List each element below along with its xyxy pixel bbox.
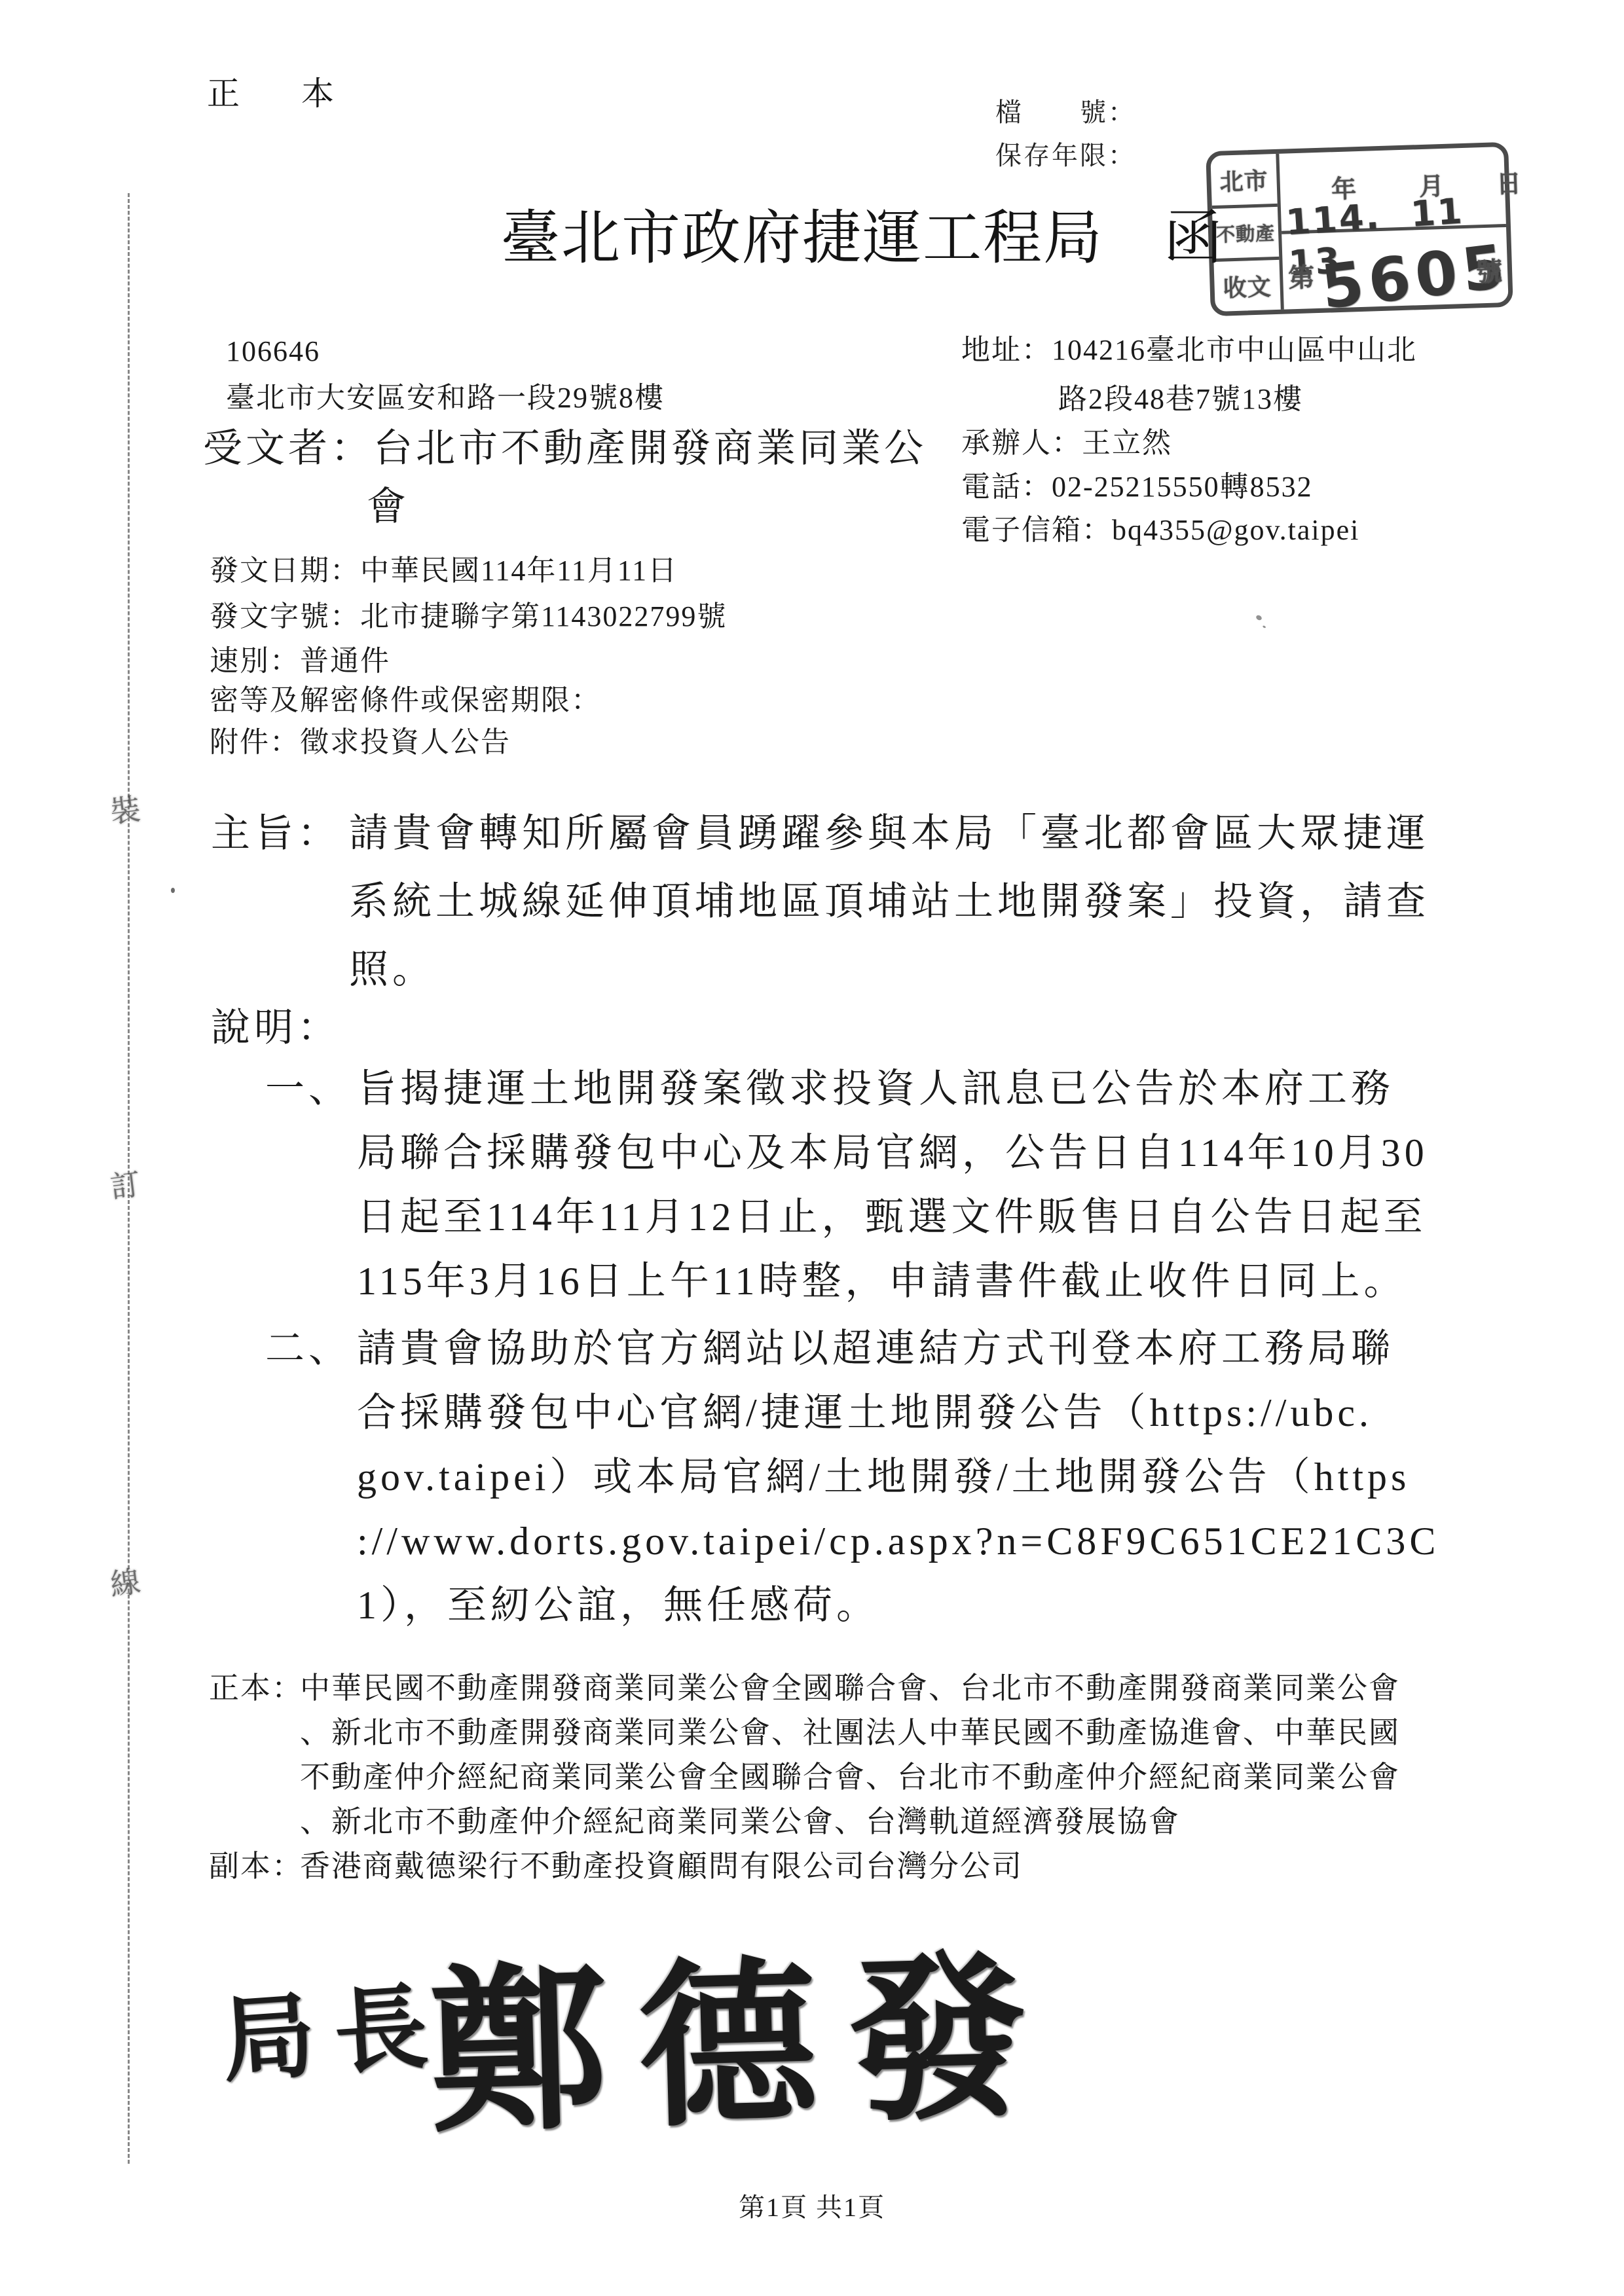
stamp-number-row: 第 5605 號 [1282, 227, 1508, 310]
recipient-line-continuation: 會 [367, 487, 409, 526]
copy-type-label: 正 本 [207, 77, 348, 110]
subject-line: 照。 [349, 950, 435, 989]
explanation-item2-number: 二、 [265, 1329, 352, 1368]
retention-period-label: 保存年限： [995, 143, 1136, 169]
stamp-org-line1: 北市 [1210, 154, 1277, 206]
document-title: 臺北市政府捷運工程局 函 [501, 210, 1224, 268]
contact-email: 電子信箱：bq4355@gov.taipei [961, 516, 1359, 545]
page-number: 第1頁 共1頁 [0, 2195, 1624, 2221]
binding-mark-xian: 線 [107, 1558, 143, 1604]
official-letter-page: 裝 訂 線 正 本 檔 號： 保存年限： 北市 不動產 收文 年 月 日 114… [0, 0, 1624, 2296]
contact-phone: 電話：02-25215550轉8532 [961, 473, 1313, 501]
signature-title: 局長 [217, 1951, 451, 2100]
contact-officer: 承辦人：王立然 [961, 429, 1172, 458]
distribution-main-line: 中華民國不動產開發商業同業公會全國聯合會、台北市不動產開發商業同業公會 [300, 1673, 1400, 1704]
explanation-item1-line: 115年3月16日上午11時整，申請書件截止收件日同上。 [357, 1262, 1407, 1301]
recipient-address: 臺北市大安區安和路一段29號8樓 [226, 384, 665, 412]
distribution-main-line: 不動產仲介經紀商業同業公會全國聯合會、台北市不動產仲介經紀商業同業公會 [300, 1762, 1400, 1793]
issue-date: 發文日期：中華民國114年11月11日 [210, 556, 678, 585]
subject-line: 請貴會轉知所屬會員踴躍參與本局「臺北都會區大眾捷運 [349, 814, 1430, 853]
receipt-stamp-frame: 北市 不動產 收文 年 月 日 114. 11 13 第 5605 號 [1206, 142, 1513, 316]
explanation-item2-line: gov.taipei）或本局官網/土地開發/土地開發公告（https [357, 1457, 1410, 1497]
attachment-note: 附件：徵求投資人公告 [210, 728, 511, 757]
distribution-cc-line: 香港商戴德梁行不動產投資顧問有限公司台灣分公司 [300, 1851, 1023, 1882]
explanation-item2-line: 1），至紉公誼，無任感荷。 [357, 1586, 879, 1625]
sender-address-line2: 路2段48巷7號13樓 [1058, 385, 1303, 414]
binding-mark-ding: 訂 [107, 1160, 143, 1207]
sender-address-line1: 地址：104216臺北市中山區中山北 [961, 336, 1417, 365]
security-class: 密等及解密條件或保密期限： [210, 686, 601, 715]
scan-speck [1255, 614, 1263, 621]
explanation-item2-line: 請貴會協助於官方網站以超連結方式刊登本府工務局聯 [357, 1329, 1394, 1368]
binding-mark-zhuang: 裝 [107, 785, 143, 831]
distribution-main-line: 、新北市不動產仲介經紀商業同業公會、台灣軌道經濟發展協會 [300, 1807, 1180, 1837]
subject-line: 系統土城線延伸頂埔地區頂埔站土地開發案」投資，請查 [349, 882, 1430, 921]
explanation-item2-line: ://www.dorts.gov.taipei/cp.aspx?n=C8F9C6… [357, 1522, 1439, 1561]
explanation-item1-line: 旨揭捷運土地開發案徵求投資人訊息已公告於本府工務 [357, 1069, 1394, 1108]
scan-speck [171, 888, 175, 893]
explanation-label: 說明： [211, 1008, 341, 1048]
recipient-line: 受文者：台北市不動產開發商業同業公 [203, 429, 927, 468]
stamp-number-suffix: 號 [1475, 251, 1503, 289]
receipt-stamp-fields: 年 月 日 114. 11 13 第 5605 號 [1279, 147, 1508, 310]
distribution-main-line: 、新北市不動產開發商業同業公會、社團法人中華民國不動產協進會、中華民國 [300, 1718, 1400, 1748]
stamp-number-prefix: 第 [1287, 257, 1315, 295]
recipient-postal-code: 106646 [226, 337, 320, 366]
signature-name: 鄭德發 [426, 1894, 1061, 2166]
file-number-label: 檔 號： [995, 100, 1136, 126]
explanation-item1-line: 日起至114年11月12日止，甄選文件販售日自公告日起至 [357, 1197, 1427, 1237]
receipt-stamp: 北市 不動產 收文 年 月 日 114. 11 13 第 5605 號 [1206, 142, 1513, 316]
subject-label: 主旨： [211, 814, 341, 853]
distribution-cc-label: 副本： [209, 1851, 303, 1882]
stamp-date-row: 年 月 日 114. 11 13 [1279, 147, 1506, 234]
explanation-item1-number: 一、 [265, 1069, 352, 1108]
speed-class: 速別：普通件 [210, 647, 390, 676]
issue-number: 發文字號：北市捷聯字第1143022799號 [210, 602, 727, 631]
distribution-main-label: 正本： [209, 1673, 303, 1704]
explanation-item2-line: 合採購發包中心官網/捷運土地開發公告（https://ubc. [357, 1393, 1373, 1432]
explanation-item1-line: 局聯合採購發包中心及本局官網，公告日自114年10月30 [357, 1133, 1428, 1173]
